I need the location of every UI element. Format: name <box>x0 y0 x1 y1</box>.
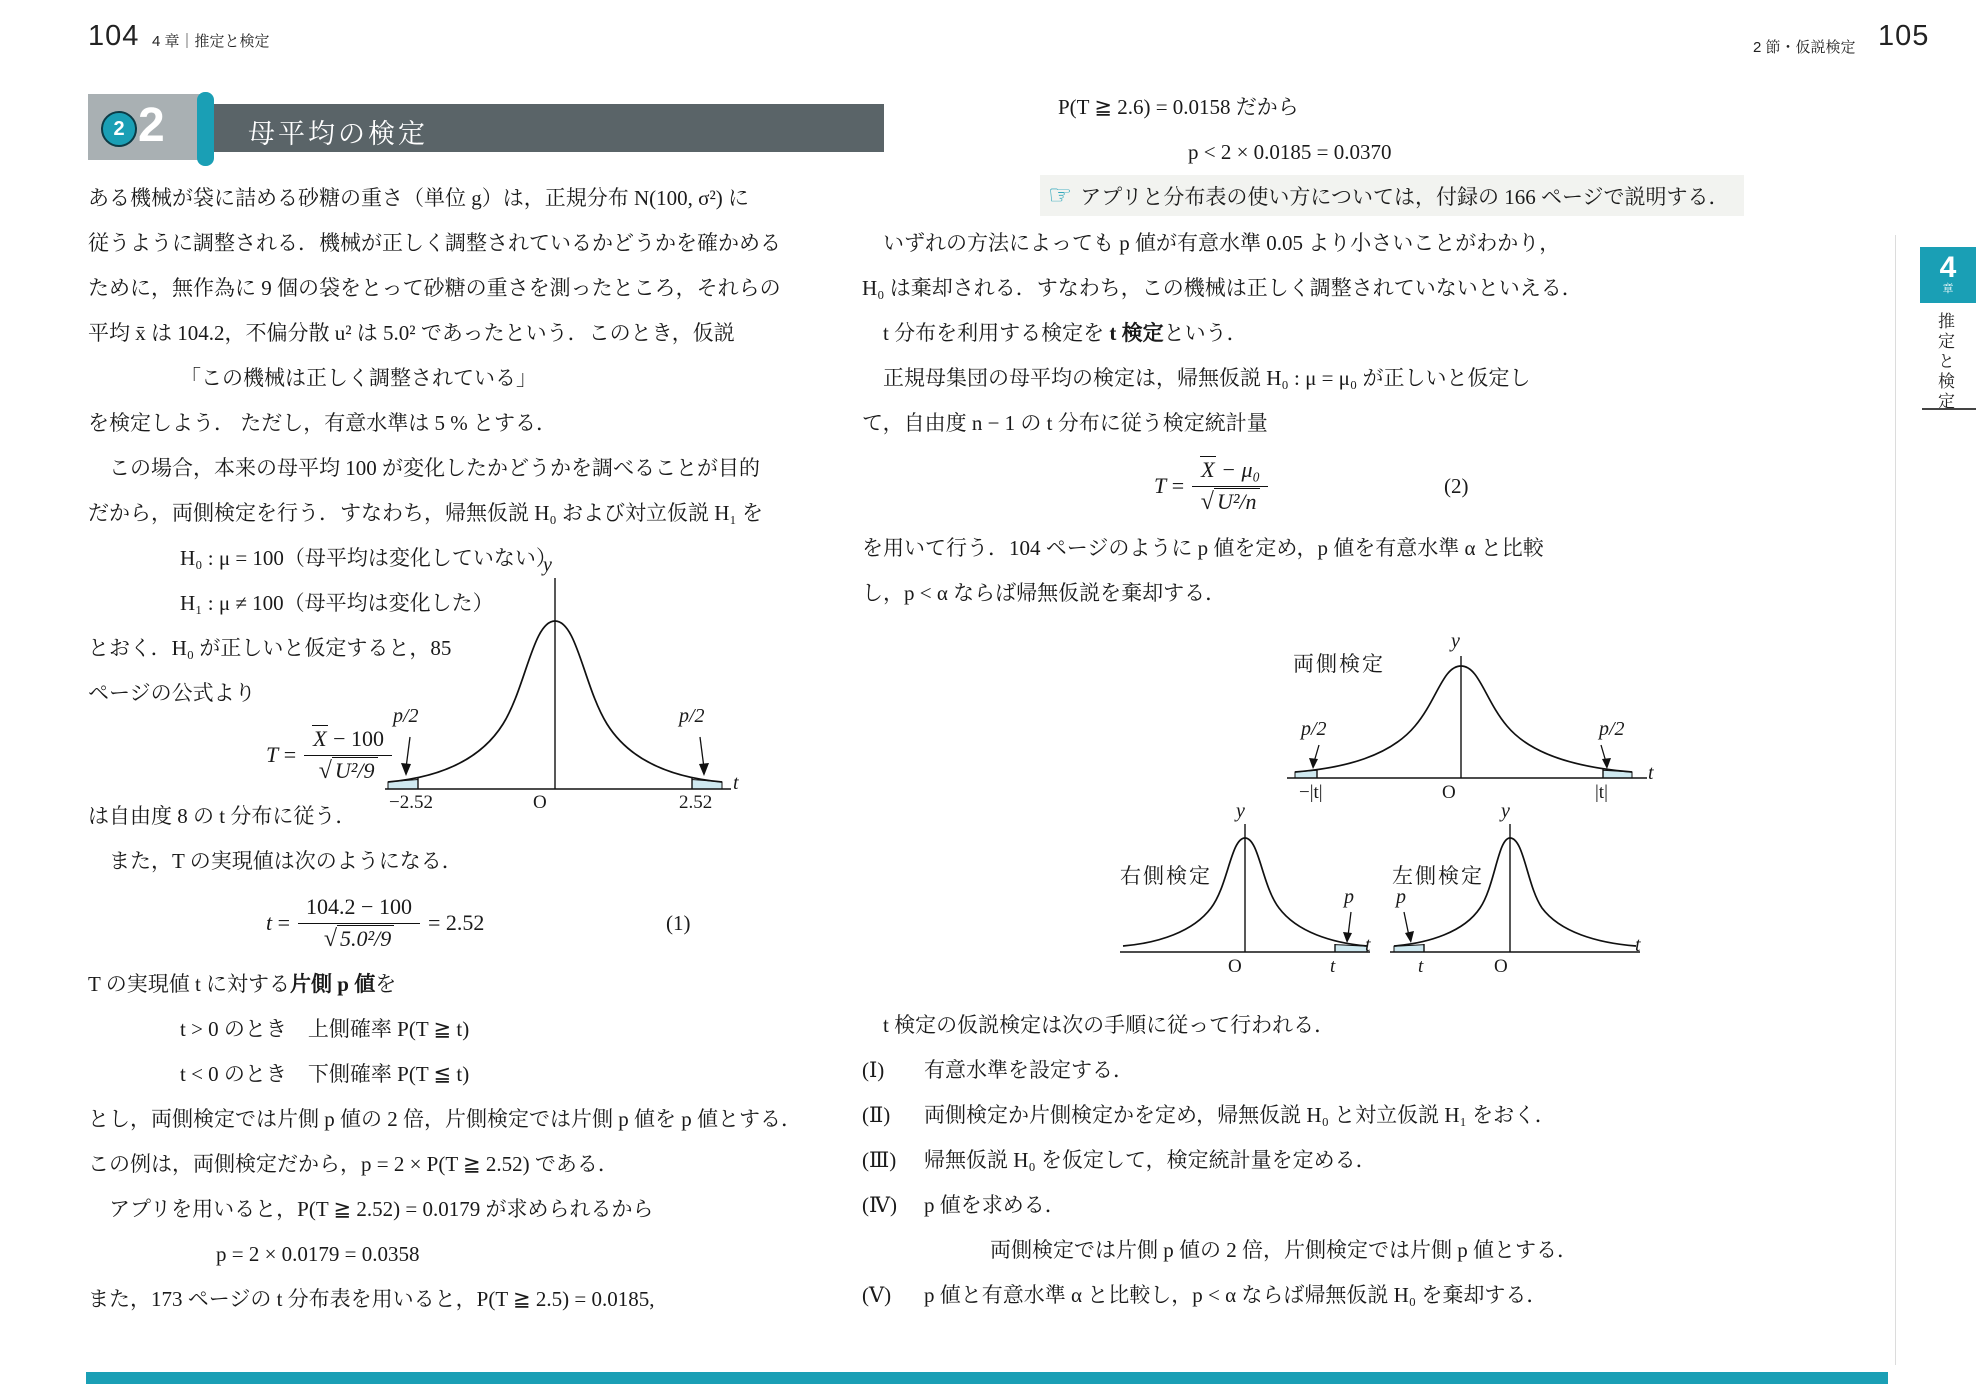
t-axis-label: t <box>1365 934 1371 957</box>
right-page-number: 105 <box>1878 20 1929 53</box>
step-text: 帰無仮説 H₀ を仮定して，検定統計量を定める． <box>924 1138 1377 1183</box>
text-line: また，T の実現値は次のようになる． <box>88 839 753 884</box>
p-arrow <box>1348 912 1351 936</box>
step-item: (Ⅴ)p 値と有意水準 α と比較し，p < α ならば帰無仮説 H₀ を棄却す… <box>862 1273 1757 1318</box>
section-number: 2 <box>138 98 165 153</box>
p-bound-line: p < 2 × 0.0185 = 0.0370 <box>862 130 1757 175</box>
radical-sign: √ <box>1201 489 1214 515</box>
step-text: 有意水準を設定する． <box>924 1048 1134 1093</box>
radical-sign: √ <box>319 758 332 784</box>
page-edge-line <box>1895 235 1896 1365</box>
step-number: (Ⅱ) <box>862 1093 924 1138</box>
radical-sign: √ <box>324 926 337 952</box>
text-line: この場合，本来の母平均 100 が変化したかどうかを調べることが目的 <box>88 446 753 491</box>
fraction: 104.2 − 100 √5.0²/9 <box>298 894 420 953</box>
step-number: (Ⅳ) <box>862 1183 924 1228</box>
left-sided-test-figure: 左側検定 y t p t O <box>1388 800 1644 982</box>
p-half-label-right: p/2 <box>1599 718 1625 741</box>
tick-label-t: t <box>1330 956 1335 978</box>
step-item: (Ⅲ)帰無仮説 H₀ を仮定して，検定統計量を定める． <box>862 1138 1757 1183</box>
tick-label-2-52: 2.52 <box>679 792 712 814</box>
step-text: p 値と有意水準 α と比較し，p < α ならば帰無仮説 H₀ を棄却する． <box>924 1273 1547 1318</box>
section-title: 母平均の検定 <box>248 112 428 151</box>
radicand: U²/n <box>1214 488 1260 514</box>
left-arrowhead <box>401 763 411 776</box>
chapter-tab: 4 章 <box>1920 247 1976 303</box>
formula-t-result: = 2.52 <box>428 910 484 936</box>
chapter-tab-number: 4 <box>1940 253 1957 283</box>
step-number: (Ⅲ) <box>862 1138 924 1183</box>
y-axis-label: y <box>1501 800 1510 823</box>
equation-number-1: (1) <box>666 911 691 936</box>
textbook-spread: 104 4 章｜推定と検定 2 節・仮説検定 105 2 2 母平均の検定 ある… <box>0 0 1976 1400</box>
origin-label: O <box>533 792 547 814</box>
t-axis-label: t <box>1648 762 1654 785</box>
t-test-term: t 検定 <box>1109 321 1163 345</box>
text-line: し，p < α ならば帰無仮説を棄却する． <box>862 571 1757 616</box>
equation-number-2: (2) <box>1444 474 1469 499</box>
formula-t-realized: t = 104.2 − 100 √5.0²/9 = 2.52 (1) <box>88 884 753 962</box>
radicand: U²/9 <box>332 757 378 783</box>
equals-sign: = <box>1172 473 1184 499</box>
origin-label: O <box>1228 956 1242 978</box>
t-axis-label: t <box>733 772 739 795</box>
quoted-hypothesis: 「この機械は正しく調整されている」 <box>88 356 753 401</box>
step-number: (Ⅴ) <box>862 1273 924 1318</box>
right-arrowhead <box>1602 758 1611 769</box>
distribution-plot <box>1118 800 1374 982</box>
left-arrow <box>406 737 410 768</box>
step-item: (Ⅰ)有意水準を設定する． <box>862 1048 1757 1093</box>
equals-sign: = <box>284 742 296 768</box>
left-page-number: 104 <box>88 20 139 53</box>
tick-label-neg-2-52: −2.52 <box>389 792 433 814</box>
distribution-plot <box>1388 800 1644 982</box>
p-arrowhead <box>1343 932 1352 943</box>
text-line: を用いて行う．104 ページのように p 値を定め，p 値を有意水準 α と比較 <box>862 526 1757 571</box>
t-axis-label: t <box>1635 934 1641 957</box>
upper-prob-line: t > 0 のとき 上側確率 P(T ≧ t) <box>88 1007 753 1052</box>
p-half-label-right: p/2 <box>679 705 705 728</box>
steps-intro: t 検定の仮説検定は次の手順に従って行われる． <box>862 1003 1757 1048</box>
right-sided-test-figure: 右側検定 y t p O t <box>1118 800 1374 982</box>
distribution-curve <box>1394 838 1636 946</box>
right-arrowhead <box>699 763 709 776</box>
p-half-label-left: p/2 <box>1301 718 1327 741</box>
fraction: X − μ₀ √U²/n <box>1192 457 1268 516</box>
formula-T-lhs: T <box>266 742 278 768</box>
y-axis-label: y <box>1236 800 1245 823</box>
right-running-head: 2 節・仮説検定 <box>1753 36 1856 57</box>
tick-label-t: t <box>1418 956 1423 978</box>
text-line: とし，両側検定では片側 p 値の 2 倍，片側検定では片側 p 値を p 値とす… <box>88 1097 753 1142</box>
prob-line: P(T ≧ 2.6) = 0.0158 だから <box>862 85 1757 130</box>
p-label: p <box>1396 886 1406 909</box>
p-label: p <box>1344 886 1354 909</box>
text-line: H₀ は棄却される．すなわち，この機械は正しく調整されていないといえる． <box>862 266 1757 311</box>
step-item: (Ⅳ)p 値を求める． <box>862 1183 1757 1228</box>
radicand: 5.0²/9 <box>337 925 394 951</box>
distribution-curve <box>1295 666 1632 772</box>
text-line: また，173 ページの t 分布表を用いると，P(T ≧ 2.5) = 0.01… <box>88 1277 753 1322</box>
text-line: 正規母集団の母平均の検定は，帰無仮説 H₀ : μ = μ₀ が正しいと仮定し <box>862 356 1757 401</box>
section-heading-accent <box>197 92 214 166</box>
text-line: T の実現値 t に対する <box>88 972 290 996</box>
p-half-label-left: p/2 <box>393 705 419 728</box>
X-bar: X <box>312 725 327 751</box>
chapter-tab-title: 推定と検定 <box>1932 312 1957 412</box>
distribution-plot <box>383 552 745 804</box>
fraction: X − 100 √U²/9 <box>304 726 392 785</box>
text-line: を検定しよう． ただし，有意水準は 5 % とする． <box>88 401 753 446</box>
step-subitem: 両側検定では片側 p 値の 2 倍，片側検定では片側 p 値とする． <box>862 1228 1757 1273</box>
formula-lhs: T <box>1154 473 1166 499</box>
two-sided-test-figure: 両側検定 y t p/2 p/2 −|t| O |t| <box>1285 630 1657 812</box>
step-number: (Ⅰ) <box>862 1048 924 1093</box>
t-distribution-figure-left-page: y t p/2 p/2 −2.52 O 2.52 <box>383 552 745 804</box>
text-line: 平均 x̄ は 104.2，不偏分散 u² は 5.0² であったという．このと… <box>88 311 753 356</box>
section-badge: 2 <box>101 111 137 147</box>
figure-title-two-sided: 両側検定 <box>1293 648 1385 678</box>
chapter-tab-rule <box>1922 408 1976 410</box>
step-item: (Ⅱ)両側検定か片側検定かを定め，帰無仮説 H₀ と対立仮説 H₁ をおく． <box>862 1093 1757 1138</box>
equals-sign: = <box>278 910 290 936</box>
y-axis-label: y <box>1451 630 1460 653</box>
right-arrow <box>700 737 704 768</box>
text-line: t 分布を利用する検定を <box>883 321 1109 345</box>
p-arrowhead <box>1405 931 1414 943</box>
p-value-result-line: p = 2 × 0.0179 = 0.0358 <box>88 1232 753 1277</box>
step-text: 両側検定か片側検定かを定め，帰無仮説 H₀ と対立仮説 H₁ をおく． <box>924 1093 1556 1138</box>
bottom-accent-bar <box>86 1372 1888 1384</box>
text-line: 従うように調整される．機械が正しく調整されているかどうかを確かめる <box>88 221 753 266</box>
chapter-tab-unit: 章 <box>1943 283 1954 296</box>
lower-prob-line: t < 0 のとき 下側確率 P(T ≦ t) <box>88 1052 753 1097</box>
text-line: ために，無作為に 9 個の袋をとって砂糖の重さを測ったところ，それらの <box>88 266 753 311</box>
appendix-note: ☞ アプリと分布表の使い方については，付録の 166 ページで説明する． <box>1040 175 1744 216</box>
text-line: て，自由度 n − 1 の t 分布に従う検定統計量 <box>862 401 1757 446</box>
left-running-head: 4 章｜推定と検定 <box>152 30 270 51</box>
text-line: この例は，両側検定だから，p = 2 × P(T ≧ 2.52) である． <box>88 1142 753 1187</box>
left-arrowhead <box>1309 758 1318 769</box>
text-line: いずれの方法によっても p 値が有意水準 0.05 より小さいことがわかり， <box>862 221 1757 266</box>
X-bar: X <box>1200 456 1215 482</box>
y-axis-label: y <box>543 554 552 577</box>
note-text: アプリと分布表の使い方については，付録の 166 ページで説明する． <box>1080 181 1729 211</box>
text-line: だから，両側検定を行う．すなわち，帰無仮説 H₀ および対立仮説 H₁ を <box>88 491 753 536</box>
origin-label: O <box>1494 956 1508 978</box>
pointing-hand-icon: ☞ <box>1048 182 1072 209</box>
text-line: ある機械が袋に詰める砂糖の重さ（単位 g）は，正規分布 N(100, σ²) に <box>88 176 753 221</box>
step-text: p 値を求める． <box>924 1183 1066 1228</box>
one-sided-p-term: 片側 p 値 <box>290 972 375 996</box>
step-subtext: 両側検定では片側 p 値の 2 倍，片側検定では片側 p 値とする． <box>862 1228 1578 1273</box>
formula-t-lhs: t <box>266 910 272 936</box>
figure-title-right-sided: 右側検定 <box>1120 860 1212 890</box>
text-line: アプリを用いると，P(T ≧ 2.52) = 0.0179 が求められるから <box>88 1187 753 1232</box>
formula-T-general: T = X − μ₀ √U²/n (2) <box>862 446 1757 526</box>
